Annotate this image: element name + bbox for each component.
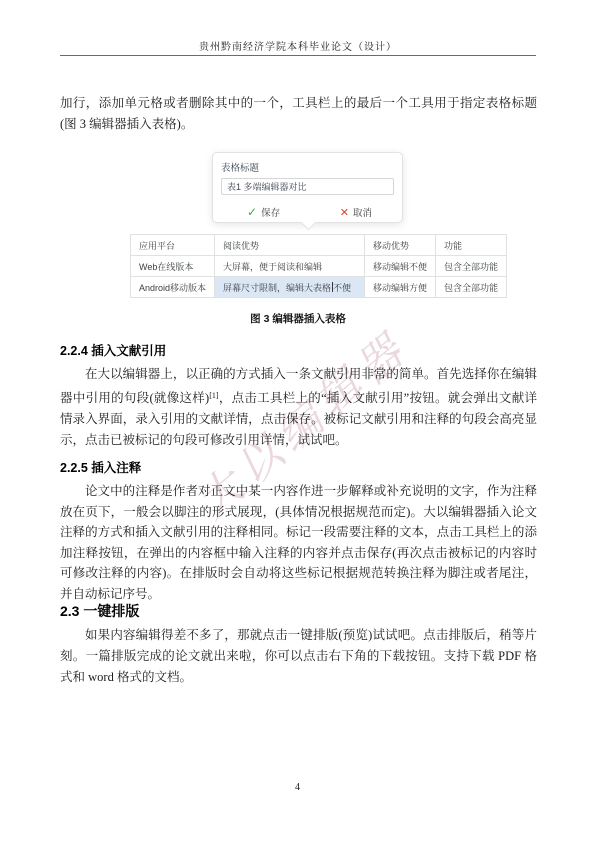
table-header-cell[interactable]: 移动优势 xyxy=(365,235,436,256)
intro-paragraph: 加行，添加单元格或者删除其中的一个，工具栏上的最后一个工具用于指定表格标题(图 … xyxy=(60,93,537,135)
paragraph-2-2-4: 在大以编辑器上，以正确的方式插入一条文献引用非常的简单。首先选择你在编辑器中引用… xyxy=(60,364,537,451)
cancel-button[interactable]: ✕ 取消 xyxy=(340,205,372,219)
table-header-row: 应用平台 阅读优势 移动优势 功能 xyxy=(131,235,507,256)
heading-2-3: 2.3 一键排版 xyxy=(60,601,139,621)
check-icon: ✓ xyxy=(247,205,257,219)
page-number: 4 xyxy=(0,782,595,793)
table-header-cell[interactable]: 功能 xyxy=(436,235,507,256)
table-row: Web在线版本 大屏幕，便于阅读和编辑 移动编辑不便 包含全部功能 xyxy=(131,256,507,277)
table-cell[interactable]: 大屏幕，便于阅读和编辑 xyxy=(215,256,365,277)
save-button[interactable]: ✓ 保存 xyxy=(247,205,280,219)
table-title-dialog: 表格标题 ✓ 保存 ✕ 取消 xyxy=(212,152,403,223)
heading-2-2-4: 2.2.4 插入文献引用 xyxy=(60,341,166,359)
table-cell[interactable]: Android移动版本 xyxy=(131,277,215,298)
heading-2-2-5: 2.2.5 插入注释 xyxy=(60,458,141,476)
table-header-cell[interactable]: 阅读优势 xyxy=(215,235,365,256)
selected-text-after-cursor: 不便 xyxy=(333,283,351,293)
table-title-label: 表格标题 xyxy=(221,160,394,174)
paragraph-2-3: 如果内容编辑得差不多了，那就点击一键排版(预览)试试吧。点击排版后，稍等片刻。一… xyxy=(60,625,537,688)
table-cell-selected[interactable]: 屏幕尺寸限制，编辑大表格不便 xyxy=(215,277,365,298)
citation-marker: [1] xyxy=(209,391,218,400)
selected-text-before-cursor: 屏幕尺寸限制，编辑大表格 xyxy=(223,283,331,293)
figure-caption: 图 3 编辑器插入表格 xyxy=(60,311,536,326)
table-cell[interactable]: 包含全部功能 xyxy=(436,277,507,298)
editor-comparison-table: 应用平台 阅读优势 移动优势 功能 Web在线版本 大屏幕，便于阅读和编辑 移动… xyxy=(130,234,507,298)
save-button-label: 保存 xyxy=(261,205,280,219)
table-row: Android移动版本 屏幕尺寸限制，编辑大表格不便 移动编辑方便 包含全部功能 xyxy=(131,277,507,298)
table-header-cell[interactable]: 应用平台 xyxy=(131,235,215,256)
cancel-button-label: 取消 xyxy=(353,205,372,219)
table-cell[interactable]: 移动编辑不便 xyxy=(365,256,436,277)
table-cell[interactable]: 包含全部功能 xyxy=(436,256,507,277)
table-title-input[interactable] xyxy=(221,178,394,195)
page-header-title: 贵州黔南经济学院本科毕业论文（设计） xyxy=(60,38,536,53)
x-icon: ✕ xyxy=(340,206,349,219)
document-page: 大以编辑器 贵州黔南经济学院本科毕业论文（设计） 加行，添加单元格或者删除其中的… xyxy=(0,0,595,842)
paragraph-2-2-5: 论文中的注释是作者对正文中某一内容作进一步解释或补充说明的文字，作为注释放在页下… xyxy=(60,481,537,605)
table-cell[interactable]: 移动编辑方便 xyxy=(365,277,436,298)
table-cell[interactable]: Web在线版本 xyxy=(131,256,215,277)
header-rule xyxy=(60,55,536,56)
